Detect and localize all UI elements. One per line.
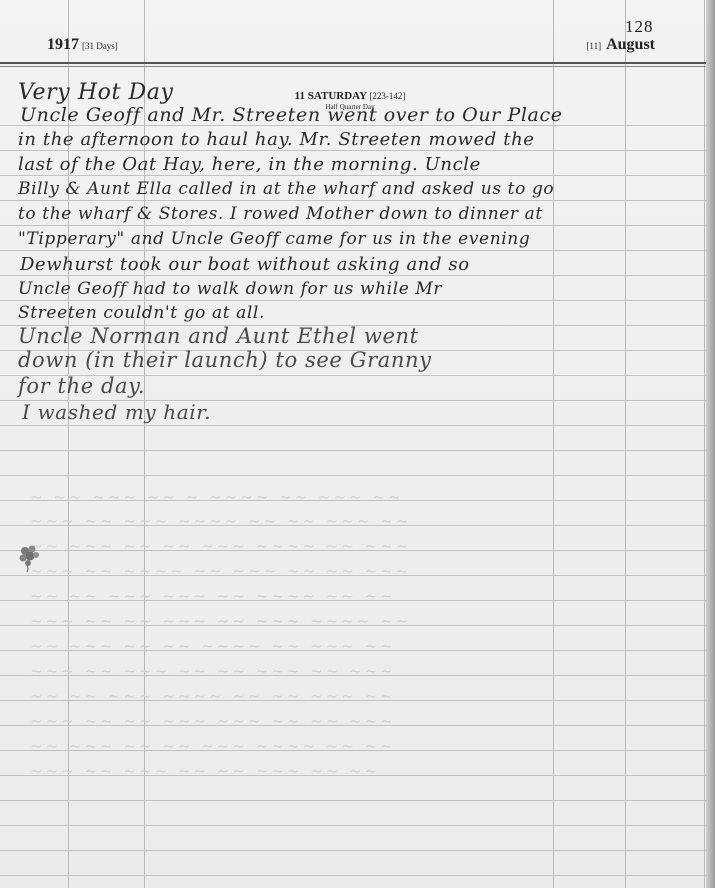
ink-blot-icon [16, 543, 42, 573]
diary-page: 1917[31 Days] 128 [11]August 11 SATURDAY… [0, 0, 715, 888]
day-title: 11 SATURDAY [223-142] [250, 90, 450, 102]
entry-heading: Very Hot Day [18, 80, 173, 105]
ruled-line [0, 300, 707, 301]
bleed-through: ~ ~~ ~~~ ~~ ~ ~~~~ ~~ ~~~ ~~ [30, 488, 404, 506]
month: August [606, 36, 655, 53]
bleed-through: ~~~ ~~ ~~~~ ~~ ~~~ ~~ ~~ ~~~ [30, 562, 411, 580]
column-rule [553, 0, 554, 888]
entry-line: for the day. [18, 374, 145, 398]
bleed-through: ~~~ ~~ ~~ ~~~ ~~ ~~~ ~~~~ ~~ [30, 612, 411, 630]
bleed-through: ~~ ~~~ ~~ ~~ ~~~ ~~~~ ~~ ~~~ [30, 537, 411, 555]
ruled-line [0, 875, 707, 876]
bleed-through: ~~ ~~~ ~~ ~~ ~~~ ~~~~ ~~ ~~ [30, 737, 396, 755]
ruled-line [0, 250, 707, 251]
entry-line: last of the Oat Hay, here, in the mornin… [18, 154, 481, 175]
bleed-through: ~~~ ~~ ~~~ ~~ ~~ ~~~ ~~ ~~~ [30, 662, 396, 680]
entry-line: "Tipperary" and Uncle Geoff came for us … [18, 229, 530, 249]
header-rule [0, 62, 707, 64]
bleed-through: ~~ ~~ ~~~ ~~~~ ~~ ~~ ~~~ ~~ [30, 687, 396, 705]
bleed-through: ~~~ ~~ ~~~ ~~~~ ~~ ~~ ~~~ ~~ [30, 512, 411, 530]
year-note: [31 Days] [82, 41, 118, 51]
entry-line: in the afternoon to haul hay. Mr. Street… [18, 129, 535, 150]
entry-line: I washed my hair. [22, 400, 211, 424]
entry-line: Uncle Geoff had to walk down for us whil… [18, 279, 442, 299]
ruled-line [0, 825, 707, 826]
page-edge [706, 0, 715, 888]
year: 1917 [47, 36, 79, 53]
ruled-line [0, 475, 707, 476]
ruled-line [0, 450, 707, 451]
year-heading: 1917[31 Days] [47, 36, 118, 54]
entry-line: to the wharf & Stores. I rowed Mother do… [18, 204, 543, 224]
entry-line: Uncle Norman and Aunt Ethel went [18, 324, 419, 348]
bleed-through: ~~~ ~~ ~~ ~~~ ~~~ ~~ ~~ ~~~ [30, 712, 396, 730]
entry-line: Billy & Aunt Ella called in at the wharf… [18, 179, 554, 199]
entry-line: Dewhurst took our boat without asking an… [20, 254, 470, 275]
bleed-through: ~~ ~~~ ~~ ~~ ~~~~ ~~ ~~~ ~~ [30, 637, 396, 655]
bleed-through: ~~ ~~ ~~~ ~~~ ~~ ~~~~ ~~ ~~ [30, 587, 396, 605]
page-number: 128 [625, 17, 654, 37]
bleed-through: ~~~ ~~ ~~~ ~~ ~~ ~~~ ~~ ~~ [30, 762, 380, 780]
column-rule [704, 0, 705, 888]
month-heading: [11]August [586, 36, 655, 54]
ruled-line [0, 425, 707, 426]
ruled-line [0, 275, 707, 276]
entry-line: Uncle Geoff and Mr. Streeten went over t… [20, 104, 563, 126]
ruled-line [0, 850, 707, 851]
day-title-text: 11 SATURDAY [295, 90, 367, 102]
column-rule [625, 0, 626, 888]
ruled-line [0, 150, 707, 151]
entry-line: Streeten couldn't go at all. [18, 303, 265, 323]
header-rule [0, 66, 707, 67]
month-note: [11] [586, 41, 601, 51]
ruled-line [0, 800, 707, 801]
ruled-line [0, 175, 707, 176]
ruled-line [0, 225, 707, 226]
ruled-line [0, 200, 707, 201]
entry-line: down (in their launch) to see Granny [18, 348, 432, 372]
day-title-note: [223-142] [369, 91, 405, 101]
